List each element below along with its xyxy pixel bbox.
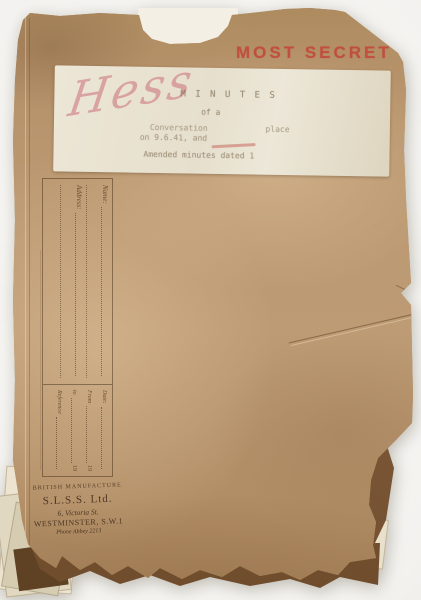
red-pencil-mark [212, 143, 256, 148]
dotted-line [86, 406, 95, 463]
dotted-line [71, 398, 80, 463]
dotted-line [101, 207, 110, 376]
imprint-phone: Phone Abbey 2213 [21, 527, 137, 537]
stationery-form: Name: Address: Date: [42, 178, 113, 477]
form-date-label: Date: [100, 390, 108, 404]
dotted-rule [86, 185, 97, 378]
form-year: 19 [85, 465, 93, 471]
form-to-label: to [70, 390, 78, 395]
title-label: Hess M I N U T E S of a Conversation pla… [53, 65, 391, 176]
form-fields-left: Name: Address: [43, 179, 112, 384]
dotted-line [56, 417, 65, 469]
most-secret-stamp: MOST SECRET [236, 43, 392, 63]
printer-imprint: BRITISH MANUFACTURE S.L.S.S. Ltd. 6, Vic… [19, 482, 137, 537]
form-from-label: From [85, 390, 93, 403]
vertical-crease [40, 250, 41, 470]
typed-title-line: M I N U T E S [180, 89, 277, 101]
edge-tear [396, 285, 415, 294]
handwritten-hess: Hess [65, 52, 199, 128]
spine-crease [29, 18, 30, 566]
form-address-label: Address: [74, 185, 84, 210]
photo-backdrop: MOST SECRET Hess M I N U T E S of a Conv… [0, 0, 421, 600]
form-reference-label: Reference [55, 390, 63, 414]
spine-crease [25, 16, 26, 566]
form-year: 19 [70, 465, 78, 471]
dotted-rule [60, 185, 71, 378]
form-name-label: Name: [100, 185, 110, 204]
form-fields-right: Date: From 19 to 19 Reference [43, 384, 112, 476]
typed-line: on 9.6.41, and [140, 133, 208, 143]
dotted-line [101, 407, 110, 469]
typed-line: Amended minutes dated 1 [143, 150, 254, 161]
tear-crack [289, 314, 415, 344]
folder-shadow-wrap: MOST SECRET Hess M I N U T E S of a Conv… [0, 0, 421, 600]
tear-crack-highlight [291, 317, 414, 346]
imprint-manufacture: BRITISH MANUFACTURE [19, 482, 135, 492]
dotted-line [75, 213, 84, 376]
file-folder-cover: MOST SECRET Hess M I N U T E S of a Conv… [0, 0, 421, 600]
typed-line: of a [201, 108, 220, 117]
